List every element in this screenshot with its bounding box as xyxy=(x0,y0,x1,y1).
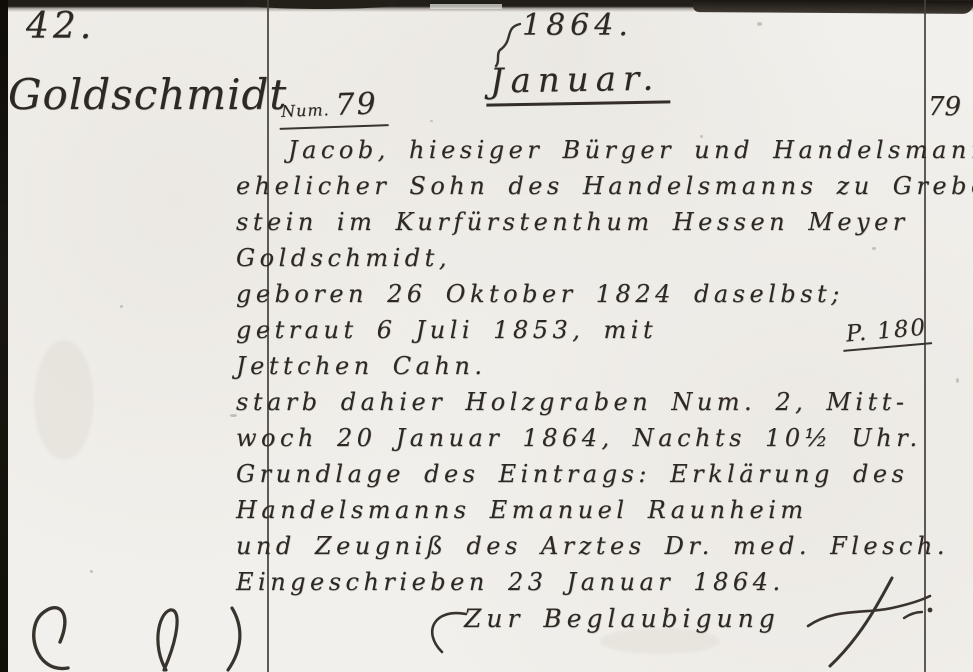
record-line-text: Handelsmanns Emanuel Raunheim xyxy=(236,496,808,524)
record-line: starb dahier Holzgraben Num. 2, Mitt- xyxy=(236,388,914,424)
scan-left-edge xyxy=(0,0,8,672)
record-line-text: geboren 26 Oktober 1824 daselbst; xyxy=(236,280,844,308)
scan-speckle xyxy=(120,305,123,308)
scan-smudge xyxy=(34,340,94,460)
scanned-register-page: 42. Goldschmidt Num.79 1864. Januar. 79 … xyxy=(0,0,973,672)
attestation-line: Zur Beglaubigung xyxy=(236,604,914,633)
scan-top-edge-gap xyxy=(430,4,502,9)
scan-speckle xyxy=(956,378,959,383)
record-line: Handelsmanns Emanuel Raunheim xyxy=(236,496,914,532)
record-body: Jacob, hiesiger Bürger und Handelsmann, … xyxy=(236,136,914,604)
record-line-text: Jettchen Cahn. xyxy=(236,352,487,380)
scan-speckle xyxy=(757,22,762,26)
record-line: ehelicher Sohn des Handelsmanns zu Grebe… xyxy=(236,172,914,208)
record-line-text: und Zeugniß des Arztes Dr. med. Flesch. xyxy=(236,532,949,560)
ink-flourish-icon xyxy=(490,20,526,68)
record-line-text: woch 20 Januar 1864, Nachts 10½ Uhr. xyxy=(236,424,922,452)
record-line: Goldschmidt, xyxy=(236,244,914,280)
year-heading: 1864. xyxy=(522,8,633,43)
next-entry-fragment-icon xyxy=(14,600,266,672)
record-line: Eingeschrieben 23 Januar 1864. xyxy=(236,568,914,604)
page-reference: P. 180 xyxy=(841,314,933,352)
record-line-text: Goldschmidt, xyxy=(236,244,451,272)
record-line-text: starb dahier Holzgraben Num. 2, Mitt- xyxy=(236,388,909,416)
entry-number: 42. xyxy=(26,6,95,47)
scan-corner-smudge xyxy=(693,0,973,14)
record-line: getraut 6 Juli 1853, mit xyxy=(236,316,914,352)
num-value: 79 xyxy=(335,86,378,122)
record-line: geboren 26 Oktober 1824 daselbst; xyxy=(236,280,914,316)
record-line: und Zeugniß des Arztes Dr. med. Flesch. xyxy=(236,532,914,568)
record-line-text: ehelicher Sohn des Handelsmanns zu Grebe… xyxy=(236,172,973,200)
record-line: woch 20 Januar 1864, Nachts 10½ Uhr. xyxy=(236,424,914,460)
num-label: Num. xyxy=(281,100,330,121)
record-line: Jettchen Cahn. xyxy=(236,352,914,388)
record-line-text: Jacob, hiesiger Bürger und Handelsmann, xyxy=(236,136,973,164)
record-line-text: stein im Kurfürstenthum Hessen Meyer xyxy=(236,208,909,236)
surname-heading: Goldschmidt xyxy=(8,70,287,119)
record-line: Grundlage des Eintrags: Erklärung des xyxy=(236,460,914,496)
page-number: 79 xyxy=(928,92,961,122)
record-line-text: Grundlage des Eintrags: Erklärung des xyxy=(236,460,908,488)
record-line-text: Eingeschrieben 23 Januar 1864. xyxy=(236,568,785,596)
scan-speckle xyxy=(90,570,93,573)
record-line: stein im Kurfürstenthum Hessen Meyer xyxy=(236,208,914,244)
scan-speckle xyxy=(430,120,433,122)
record-number-reference: Num.79 xyxy=(278,86,388,130)
record-line: Jacob, hiesiger Bürger und Handelsmann, xyxy=(236,136,914,172)
record-line-text: getraut 6 Juli 1853, mit xyxy=(236,316,657,344)
